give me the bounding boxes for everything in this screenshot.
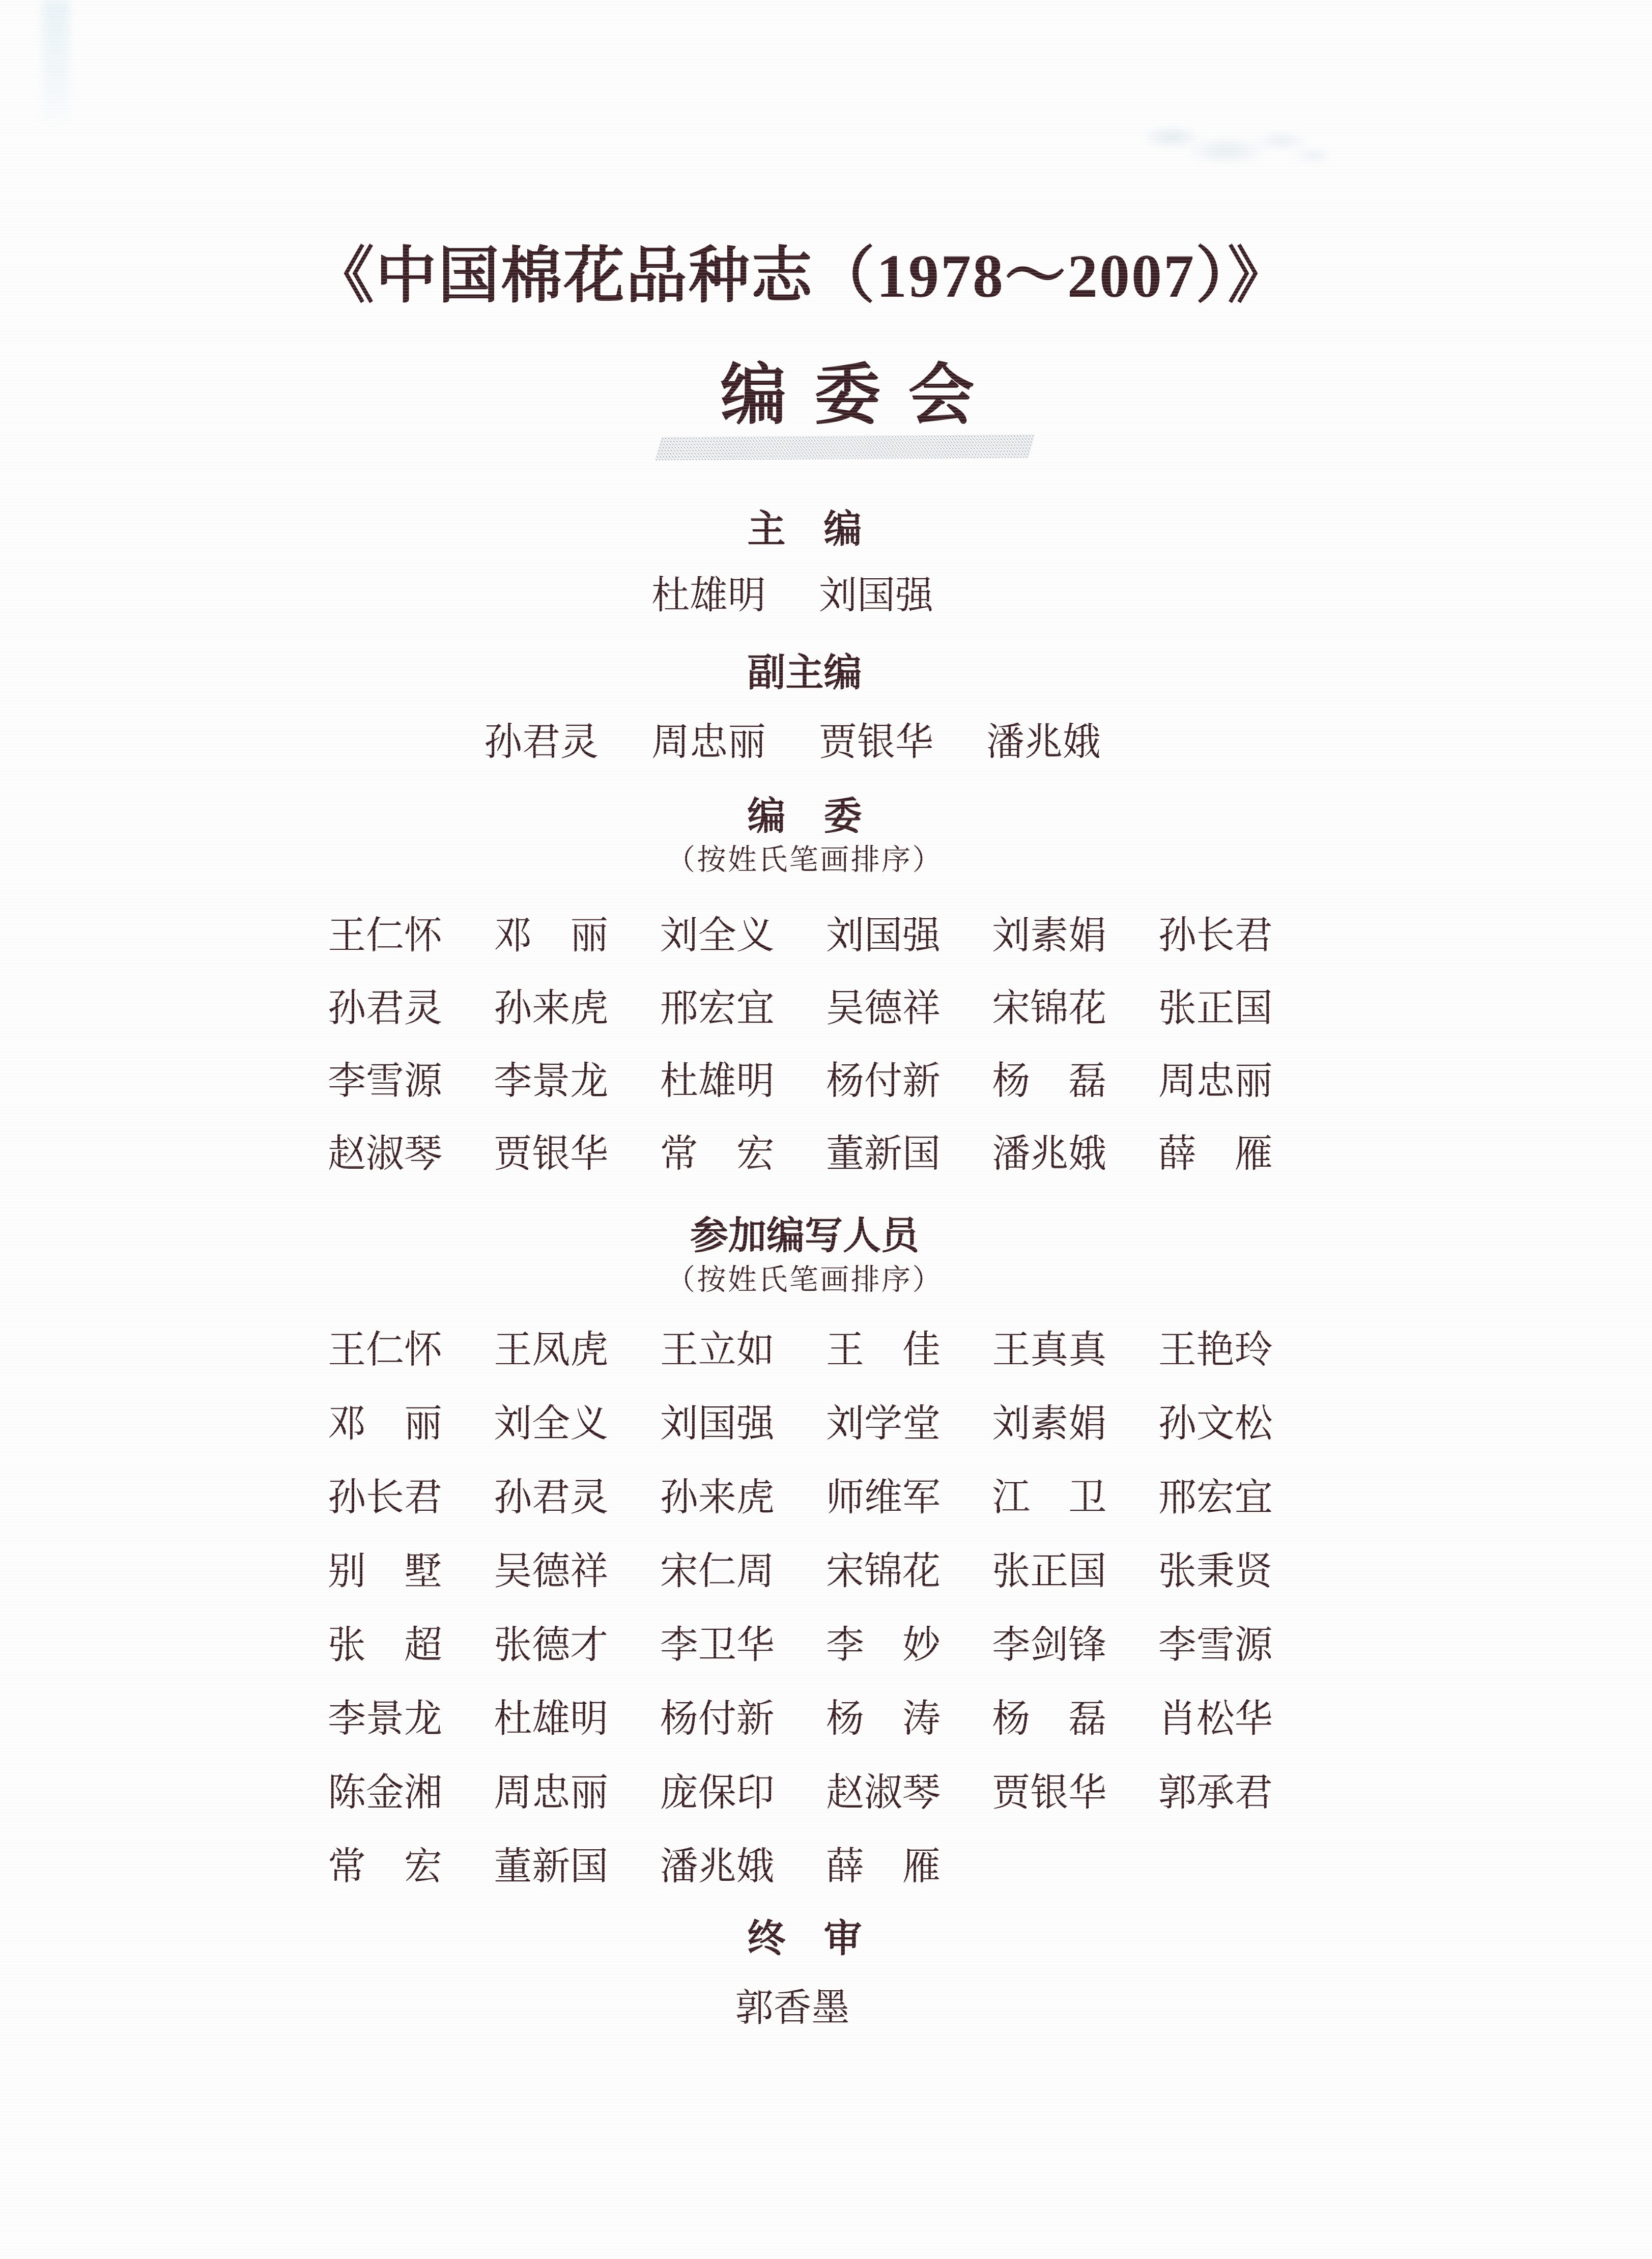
person-name: 周忠丽 bbox=[1158, 1062, 1273, 1100]
person-name: 孙来虎 bbox=[494, 990, 608, 1028]
person-name: 潘兆娥 bbox=[992, 1135, 1106, 1173]
person-name: 杨 磊 bbox=[992, 1062, 1106, 1100]
person-name: 王仁怀 bbox=[328, 917, 442, 955]
person-name: 肖松华 bbox=[1158, 1700, 1273, 1738]
final-review-names: 郭香墨 bbox=[0, 1989, 1618, 2027]
person-name: 别 墅 bbox=[328, 1552, 442, 1591]
book-editorial-committee-page: 《中国棉花品种志（1978～2007）》 编委会 主 编 杜雄明刘国强 副主编 … bbox=[0, 0, 1652, 2259]
person-name: 宋锦花 bbox=[992, 990, 1106, 1028]
person-name: 王艳玲 bbox=[1158, 1331, 1273, 1369]
person-name: 赵淑琴 bbox=[328, 1135, 442, 1173]
person-name: 杨付新 bbox=[660, 1700, 775, 1738]
person-name: 李景龙 bbox=[328, 1700, 442, 1738]
person-name: 张德才 bbox=[494, 1626, 608, 1664]
person-name: 刘国强 bbox=[660, 1405, 775, 1443]
person-name: 董新国 bbox=[494, 1848, 608, 1886]
person-name: 王 佳 bbox=[826, 1331, 941, 1369]
editorial-board-names-grid: 王仁怀邓 丽刘全义刘国强刘素娟孙长君孙君灵孙来虎邢宏宜吴德祥宋锦花张正国李雪源李… bbox=[328, 917, 1324, 1173]
person-name: 刘素娟 bbox=[992, 917, 1106, 955]
person-name: 潘兆娥 bbox=[986, 723, 1101, 761]
person-name: 江 卫 bbox=[992, 1479, 1106, 1517]
person-name: 周忠丽 bbox=[494, 1774, 608, 1812]
person-name: 邢宏宜 bbox=[660, 990, 775, 1028]
person-name: 杨付新 bbox=[826, 1062, 941, 1100]
final-review-heading: 终 审 bbox=[0, 1920, 1631, 1958]
person-name: 师维军 bbox=[826, 1479, 941, 1517]
deputy-editor-names: 孙君灵周忠丽贾银华潘兆娥 bbox=[0, 723, 1618, 761]
person-name: 孙君灵 bbox=[494, 1479, 608, 1517]
contributors-sort-note: （按姓氏笔画排序） bbox=[0, 1265, 1631, 1294]
person-name: 刘学堂 bbox=[826, 1405, 941, 1443]
person-name: 刘素娟 bbox=[992, 1405, 1106, 1443]
deputy-editor-heading: 副主编 bbox=[0, 654, 1631, 692]
person-name: 郭香墨 bbox=[735, 1989, 849, 2027]
person-name: 吴德祥 bbox=[494, 1552, 608, 1591]
person-name: 宋锦花 bbox=[826, 1552, 941, 1591]
person-name: 张正国 bbox=[1158, 990, 1273, 1028]
person-name: 刘国强 bbox=[819, 577, 933, 615]
person-name: 李雪源 bbox=[1158, 1626, 1273, 1664]
scan-edge-artifact bbox=[43, 0, 69, 132]
chief-editor-names: 杜雄明刘国强 bbox=[0, 577, 1618, 615]
person-name: 李剑锋 bbox=[992, 1626, 1106, 1664]
person-name: 陈金湘 bbox=[328, 1774, 442, 1812]
editorial-board-heading: 编 委 bbox=[0, 798, 1631, 836]
person-name: 周忠丽 bbox=[651, 723, 766, 761]
person-name: 邓 丽 bbox=[494, 917, 608, 955]
chief-editor-heading: 主 编 bbox=[0, 511, 1631, 549]
person-name: 常 宏 bbox=[660, 1135, 775, 1173]
person-name: 薛 雁 bbox=[1158, 1135, 1273, 1173]
person-name: 孙长君 bbox=[328, 1479, 442, 1517]
committee-title: 编委会 bbox=[21, 362, 1652, 429]
person-name: 张秉贤 bbox=[1158, 1552, 1273, 1591]
person-name: 薛 雁 bbox=[826, 1848, 941, 1886]
person-name: 杨 涛 bbox=[826, 1700, 941, 1738]
editorial-board-sort-note: （按姓氏笔画排序） bbox=[0, 845, 1631, 874]
person-name: 郭承君 bbox=[1158, 1774, 1273, 1812]
person-name: 邓 丽 bbox=[328, 1405, 442, 1443]
person-name: 宋仁周 bbox=[660, 1552, 775, 1591]
person-name: 李卫华 bbox=[660, 1626, 775, 1664]
person-name: 常 宏 bbox=[328, 1848, 442, 1886]
contributors-names-grid: 王仁怀王凤虎王立如王 佳王真真王艳玲邓 丽刘全义刘国强刘学堂刘素娟孙文松孙长君孙… bbox=[328, 1331, 1324, 1886]
person-name: 杜雄明 bbox=[660, 1062, 775, 1100]
person-name: 杜雄明 bbox=[651, 577, 766, 615]
person-name: 刘全义 bbox=[494, 1405, 608, 1443]
person-name: 刘国强 bbox=[826, 917, 941, 955]
person-name: 张正国 bbox=[992, 1552, 1106, 1591]
scan-bleedthrough-smudge bbox=[1144, 113, 1327, 182]
person-name: 孙长君 bbox=[1158, 917, 1273, 955]
person-name: 孙君灵 bbox=[484, 723, 599, 761]
person-name: 贾银华 bbox=[819, 723, 933, 761]
person-name: 孙来虎 bbox=[660, 1479, 775, 1517]
person-name: 李 妙 bbox=[826, 1626, 941, 1664]
person-name: 贾银华 bbox=[992, 1774, 1106, 1812]
person-name: 王真真 bbox=[992, 1331, 1106, 1369]
person-name: 赵淑琴 bbox=[826, 1774, 941, 1812]
person-name: 吴德祥 bbox=[826, 990, 941, 1028]
person-name: 庞保印 bbox=[660, 1774, 775, 1812]
person-name: 李景龙 bbox=[494, 1062, 608, 1100]
person-name: 杨 磊 bbox=[992, 1700, 1106, 1738]
person-name: 孙君灵 bbox=[328, 990, 442, 1028]
person-name: 王仁怀 bbox=[328, 1331, 442, 1369]
person-name: 董新国 bbox=[826, 1135, 941, 1173]
person-name: 邢宏宜 bbox=[1158, 1479, 1273, 1517]
contributors-heading: 参加编写人员 bbox=[0, 1217, 1631, 1255]
person-name: 贾银华 bbox=[494, 1135, 608, 1173]
person-name: 王立如 bbox=[660, 1331, 775, 1369]
committee-title-underline bbox=[655, 434, 1035, 460]
person-name: 杜雄明 bbox=[494, 1700, 608, 1738]
person-name: 王凤虎 bbox=[494, 1331, 608, 1369]
person-name: 孙文松 bbox=[1158, 1405, 1273, 1443]
person-name: 刘全义 bbox=[660, 917, 775, 955]
person-name: 张 超 bbox=[328, 1626, 442, 1664]
person-name: 李雪源 bbox=[328, 1062, 442, 1100]
person-name: 潘兆娥 bbox=[660, 1848, 775, 1886]
page-title: 《中国棉花品种志（1978～2007）》 bbox=[0, 246, 1628, 307]
